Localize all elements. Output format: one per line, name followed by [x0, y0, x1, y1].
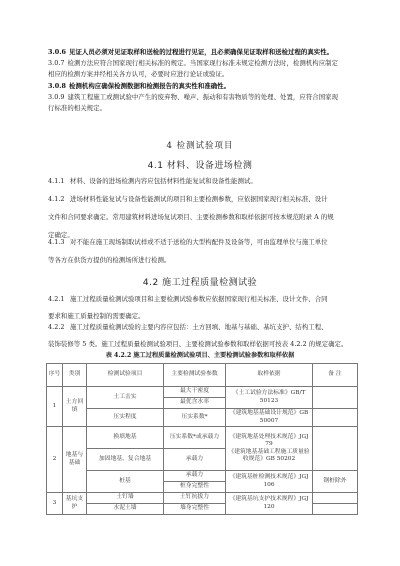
clause-number: 3.0.8: [48, 82, 66, 90]
clause-number: 3.0.9: [48, 93, 65, 101]
header-category: 类别: [63, 364, 87, 387]
cell-note: [313, 504, 358, 515]
cell-category: 地基与基础: [63, 427, 87, 493]
header-no: 序号: [47, 364, 63, 387]
clause-number: 3.0.7: [48, 59, 65, 67]
cell-note: [313, 493, 358, 504]
header-basis: 取样依据: [226, 364, 313, 387]
clause-text: 进场材料性能复试与设备性能测试的项目和主要检测参数，应依据国家现行相关标准、设计: [70, 195, 328, 203]
cell-param: 桩身完整性: [164, 482, 226, 493]
clause-4-1-2-cont1: 文件和合同要求确定。常用建筑材料进场复试项目、主要检测参数和取样依据可按本规范附…: [48, 213, 334, 221]
cell-basis: 《建筑地基基础设计规范》GB 50007: [226, 409, 313, 427]
cell-note: 钢桩除外: [313, 471, 358, 493]
clause-4-2-1-cont: 要求和施工质量控制的需要确定。: [48, 312, 145, 320]
header-item: 检测试验项目: [87, 364, 164, 387]
header-note: 备 注: [313, 364, 358, 387]
table-row: 压实程度 压实系数* 《建筑地基基础设计规范》GB 50007: [47, 409, 358, 427]
clause-text: 对不能在施工现场制取试样或不适于送检的大型构配件及设备等，可由监理单位与施工单位: [70, 238, 328, 246]
cell-item: 换填地基: [87, 427, 164, 449]
cell-basis: 《建筑地基处理技术规范》JGJ 79 《建筑地基基础工程施工质量验收规范》GB …: [226, 427, 313, 471]
cell-basis: 《建筑基坑支护技术规程》JGJ 120: [226, 493, 313, 515]
cell-item: 土钉墙: [87, 493, 164, 504]
cell-item: 加固地基、复合地基: [87, 449, 164, 471]
clause-number: 4.2.2: [48, 323, 70, 331]
clause-3-0-7: 3.0.7检测方法应符合国家现行相关标准的规定。当国家现行标准未规定检测方法时，…: [48, 59, 338, 67]
cell-note: [313, 387, 358, 409]
clause-4-2-1: 4.2.1施工过程质量检测试验项目和主要检测试验参数应依据国家现行相关标准、设计…: [48, 295, 328, 303]
clause-text: 行标准的相关规定。: [48, 104, 106, 112]
table-row: 3 基坑支护 土钉墙 土钉抗拔力 《建筑基坑支护技术规程》JGJ 120: [47, 493, 358, 504]
table-row: 2 地基与基础 换填地基 压实系数*或承载力 《建筑地基处理技术规范》JGJ 7…: [47, 427, 358, 449]
section-4-1-title: 4.1 材料、设备进场检测: [0, 158, 400, 171]
clause-text: 施工过程质量检测试验项目和主要检测试验参数应依据国家现行相关标准、设计文件、合同: [70, 295, 328, 303]
clause-4-1-2: 4.1.2进场材料性能复试与设备性能测试的项目和主要检测参数，应依据国家现行相关…: [48, 195, 328, 203]
clause-text: 装饰装修等 5 类。施工过程质量检测试验项目、主要检测试验参数和取样依据可按表 …: [48, 340, 347, 348]
cell-item: 水泥土墙: [87, 504, 164, 515]
cell-param: 土钉抗拔力: [164, 493, 226, 504]
clause-3-0-9: 3.0.9建筑工程施工或测试验中产生的废弃物、噪声、振动和有害物质等的处理、处置…: [48, 93, 338, 101]
table-row: 1 土方回填 土工击实 最大干密度 《土工试验方法标准》GB/T 50123: [47, 387, 358, 398]
clause-number: 4.1.3: [48, 238, 70, 246]
clause-4-1-3-cont: 等各方在供货方提供的检测场所进行检测。: [48, 256, 170, 264]
cell-basis: 《建筑基桩检测技术规范》JGJ 106: [226, 471, 313, 493]
clause-3-0-8: 3.0.8检测机构应确保检测数据和检测报告的真实性和准确性。: [48, 82, 230, 90]
clause-text: 施工过程质量检测试验的主要内容应包括：土方回填、地基与基础、基坑支护、结构工程、: [70, 323, 328, 331]
clause-3-0-9-cont: 行标准的相关规定。: [48, 104, 106, 112]
cell-param: 最大干密度: [164, 387, 226, 398]
clause-4-1-1: 4.1.1材料、设备的进场检测内容应包括材料性能复试和设备性能测试。: [48, 177, 257, 185]
cell-no: 2: [47, 427, 63, 493]
cell-note: [313, 427, 358, 471]
clause-number: 3.0.6: [48, 48, 66, 56]
cell-note: [313, 409, 358, 427]
spec-table: 序号 类别 检测试验项目 主要检测试验参数 取样依据 备 注 1 土方回填 土工…: [46, 363, 358, 515]
cell-item: 压实程度: [87, 409, 164, 427]
chapter-title: 4 检测试验项目: [0, 139, 400, 151]
basis-text: 《建筑地基基础工程施工质量验收规范》GB 50202: [228, 449, 309, 463]
document-page: 3.0.6见证人员必须对见证取样和送检的过程进行见证，且必须确保见证取样和送检过…: [0, 0, 400, 566]
cell-item: 土工击实: [87, 387, 164, 409]
cell-param: 承载力: [164, 471, 226, 482]
cell-category: 基坑支护: [63, 493, 87, 515]
clause-text: 检测机构应确保检测数据和检测报告的真实性和准确性。: [69, 82, 230, 90]
clause-text: 检测方法应符合国家现行相关标准的规定。当国家现行标准未规定检测方法时，检测机构应…: [68, 59, 339, 67]
clause-4-2-2: 4.2.2施工过程质量检测试验的主要内容应包括：土方回填、地基与基础、基坑支护、…: [48, 323, 328, 331]
clause-3-0-7-cont: 相应的检测方案并经相关各方认可，必要时应进行论证或验证。: [48, 70, 228, 78]
clause-number: 4.1.2: [48, 195, 70, 203]
clause-3-0-6: 3.0.6见证人员必须对见证取样和送检的过程进行见证，且必须确保见证取样和送检过…: [48, 48, 333, 56]
table-caption: 表 4.2.2 施工过程质量检测试验项目、主要检测试验参数和取样依据: [0, 350, 400, 359]
cell-param: 墙身完整性: [164, 504, 226, 515]
cell-param: 承载力: [164, 449, 226, 471]
clause-text: 文件和合同要求确定。常用建筑材料进场复试项目、主要检测参数和取样依据可按本规范附…: [48, 213, 334, 221]
clause-text: 材料、设备的进场检测内容应包括材料性能复试和设备性能测试。: [70, 177, 257, 185]
table-header-row: 序号 类别 检测试验项目 主要检测试验参数 取样依据 备 注: [47, 364, 358, 387]
clause-text: 相应的检测方案并经相关各方认可，必要时应进行论证或验证。: [48, 70, 228, 78]
section-4-2-title: 4.2 施工过程质量检测试验: [0, 275, 400, 288]
cell-no: 1: [47, 387, 63, 427]
cell-no: 3: [47, 493, 63, 515]
clause-number: 4.1.1: [48, 177, 70, 185]
cell-param: 压实系数*或承载力: [164, 427, 226, 449]
basis-text: 《建筑地基处理技术规范》JGJ 79: [230, 434, 309, 448]
clause-number: 4.2.1: [48, 295, 70, 303]
cell-item: 桩基: [87, 471, 164, 493]
table-row: 桩基 承载力 《建筑基桩检测技术规范》JGJ 106 钢桩除外: [47, 471, 358, 482]
cell-param: 压实系数*: [164, 409, 226, 427]
clause-text: 要求和施工质量控制的需要确定。: [48, 312, 145, 320]
cell-basis: 《土工试验方法标准》GB/T 50123: [226, 387, 313, 409]
clause-text: 建筑工程施工或测试验中产生的废弃物、噪声、振动和有害物质等的处理、处置，应符合国…: [68, 93, 339, 101]
header-param: 主要检测试验参数: [164, 364, 226, 387]
clause-4-1-3: 4.1.3对不能在施工现场制取试样或不适于送检的大型构配件及设备等，可由监理单位…: [48, 238, 328, 246]
clause-4-2-2-cont: 装饰装修等 5 类。施工过程质量检测试验项目、主要检测试验参数和取样依据可按表 …: [48, 340, 347, 348]
cell-param: 最优含水率: [164, 398, 226, 409]
clause-text: 等各方在供货方提供的检测场所进行检测。: [48, 256, 170, 264]
clause-text: 见证人员必须对见证取样和送检的过程进行见证，且必须确保见证取样和送检过程的真实性…: [69, 48, 333, 56]
cell-category: 土方回填: [63, 387, 87, 427]
